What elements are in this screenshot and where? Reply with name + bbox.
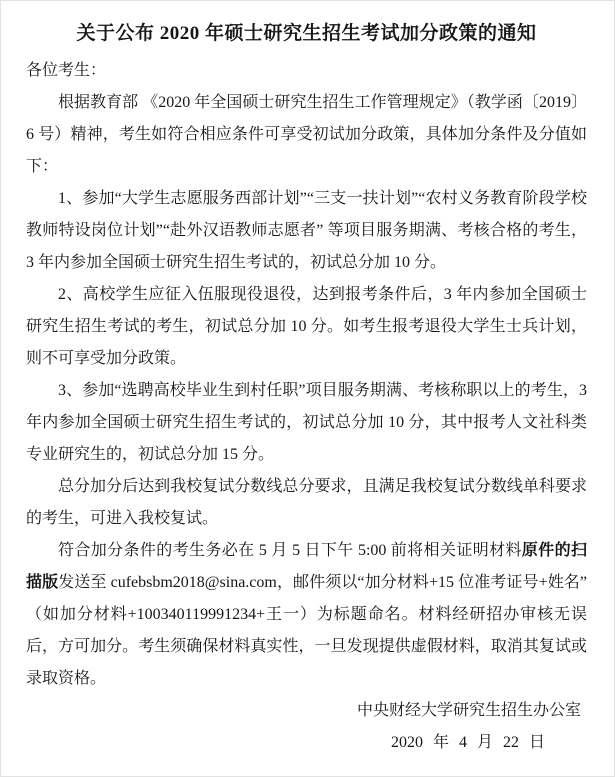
- notice-document: 关于公布 2020 年硕士研究生招生考试加分政策的通知 各位考生： 根据教育部 …: [0, 0, 615, 777]
- submission-text-middle: 发送至: [58, 574, 110, 591]
- signature-date: 2020 年 4 月 22 日: [26, 727, 587, 759]
- policy-item-3: 3、参加“选聘高校毕业生到村任职”项目服务期满、考核称职以上的考生，3 年内参加…: [26, 375, 587, 471]
- email-address: cufebsbm2018@sina.com: [111, 574, 277, 591]
- intro-paragraph: 根据教育部 《2020 年全国硕士研究生招生工作管理规定》（教学函〔2019〕6…: [26, 87, 587, 183]
- policy-item-2: 2、高校学生应征入伍服现役退役，达到报考条件后，3 年内参加全国硕士研究生招生考…: [26, 279, 587, 375]
- submission-paragraph: 符合加分条件的考生务必在 5 月 5 日下午 5:00 前将相关证明材料原件的扫…: [26, 535, 587, 695]
- policy-item-1: 1、参加“大学生志愿服务西部计划”“三支一扶计划”“农村义务教育阶段学校教师特设…: [26, 183, 587, 279]
- submission-text-before: 符合加分条件的考生务必在 5 月 5 日下午 5:00 前将相关证明材料: [58, 542, 522, 559]
- signature-office: 中央财经大学研究生招生办公室: [26, 695, 587, 727]
- salutation: 各位考生：: [26, 55, 587, 87]
- retest-requirement-paragraph: 总分加分后达到我校复试分数线总分要求，且满足我校复试分数线单科要求的考生，可进入…: [26, 471, 587, 535]
- notice-title: 关于公布 2020 年硕士研究生招生考试加分政策的通知: [26, 21, 587, 47]
